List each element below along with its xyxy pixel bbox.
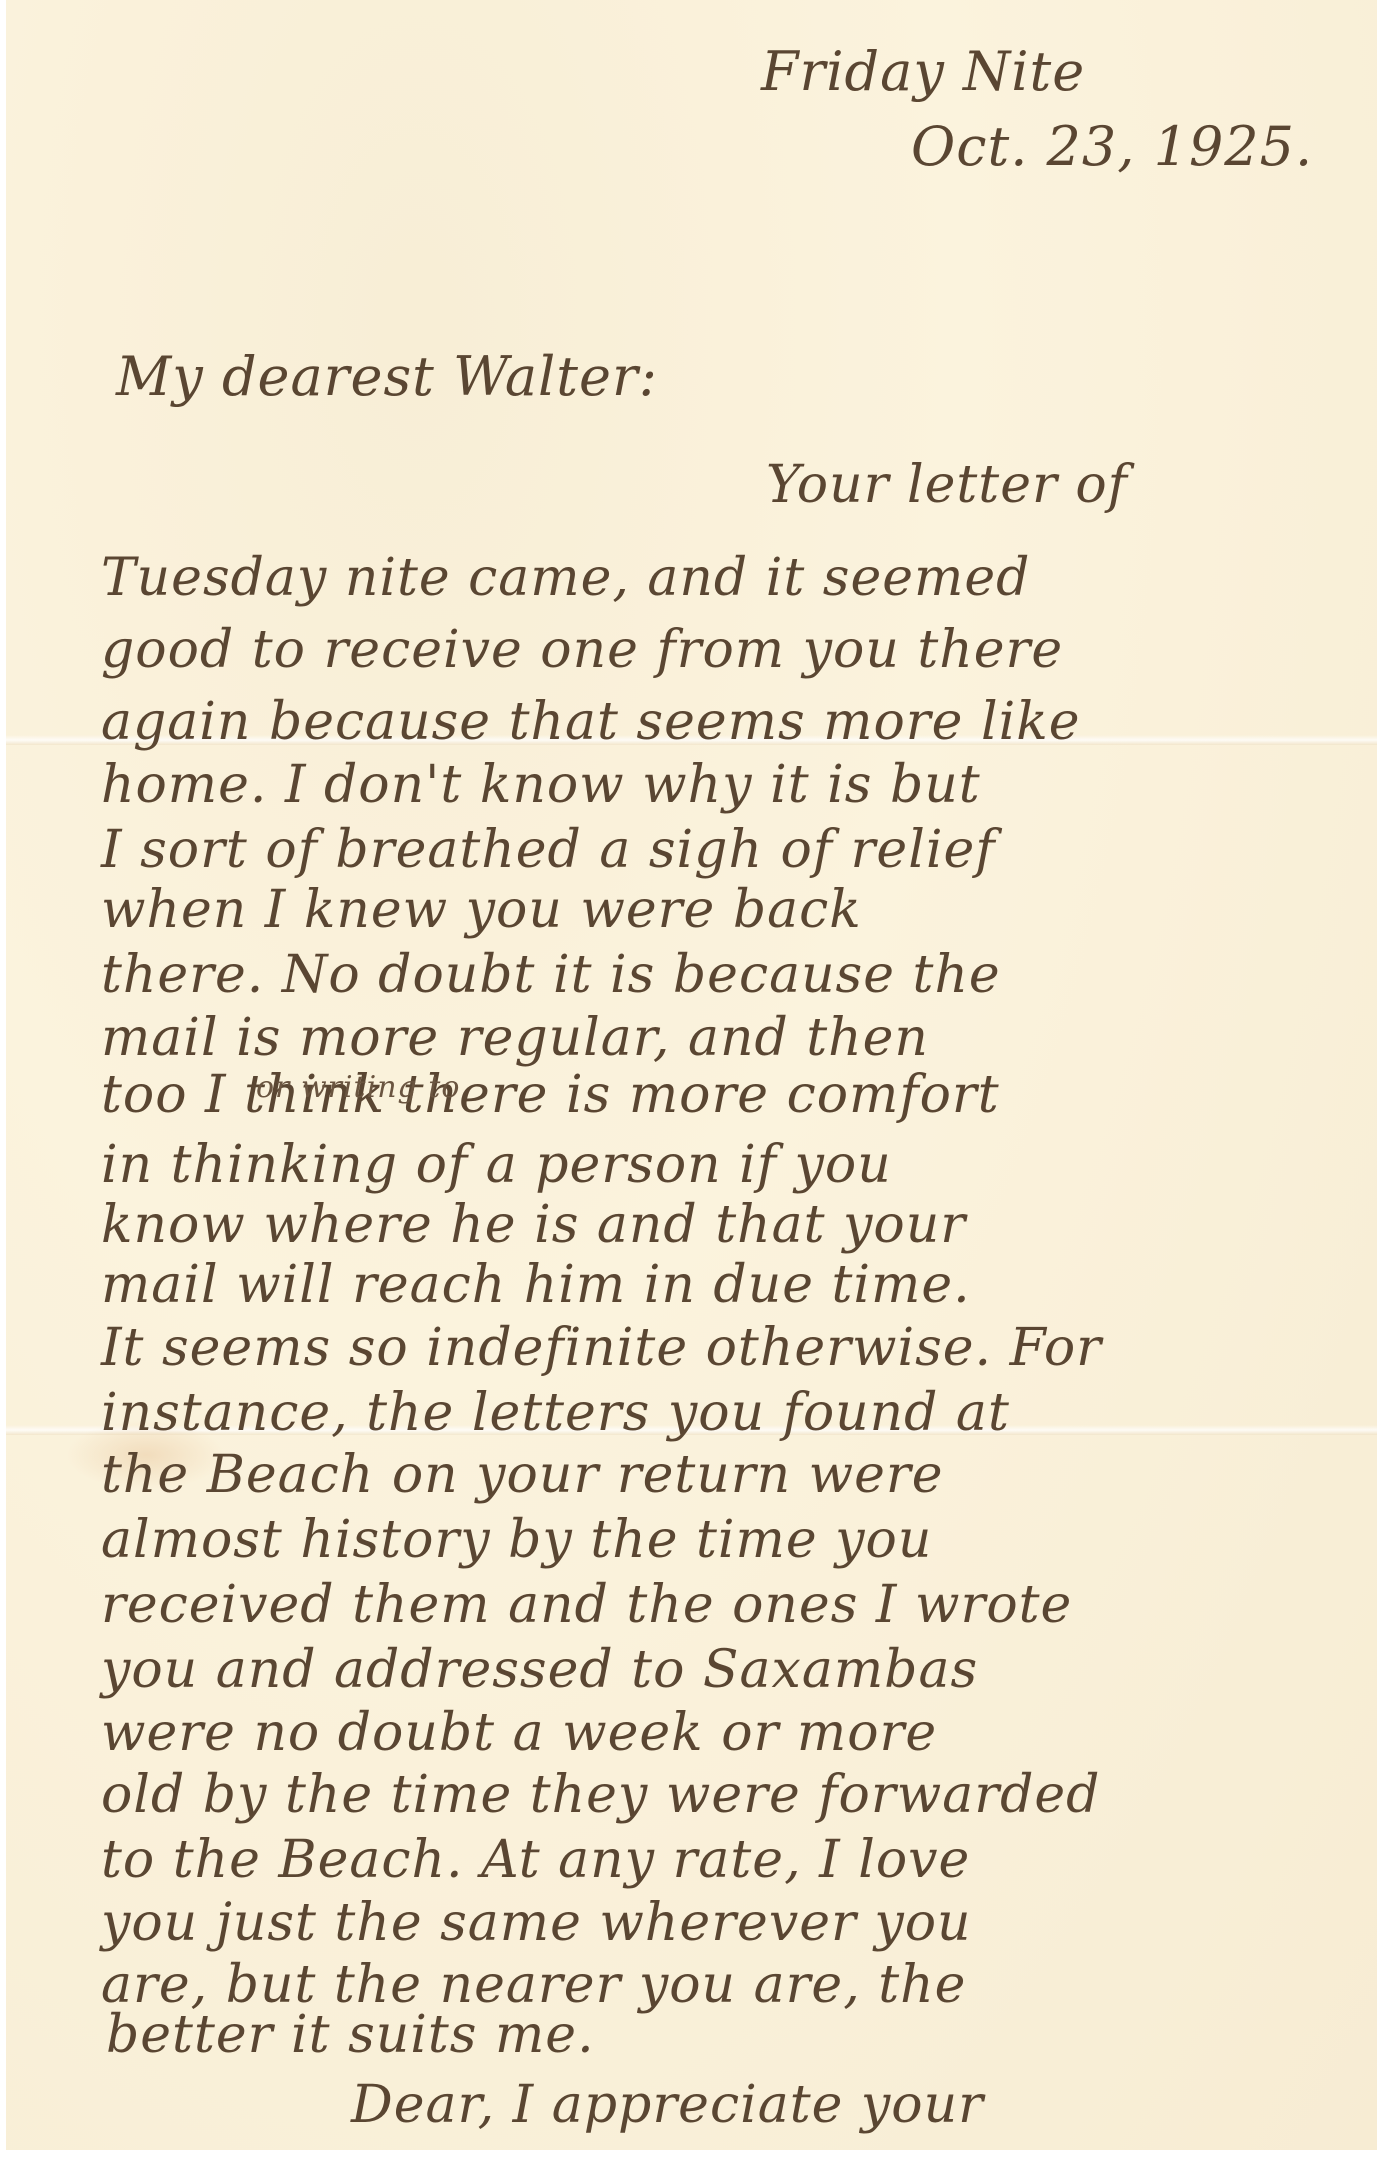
letter-line: mail is more regular, and then xyxy=(101,1008,929,1068)
letter-line: Tuesday nite came, and it seemed xyxy=(101,548,1030,608)
letter-line: better it suits me. xyxy=(106,2005,595,2065)
dateline-date: Oct. 23, 1925. xyxy=(911,115,1313,178)
handwritten-insertion: or writing to xyxy=(256,1070,460,1105)
letter-line: to the Beach. At any rate, I love xyxy=(101,1830,970,1890)
letter-line: old by the time they were forwarded xyxy=(101,1765,1100,1825)
letter-line: It seems so indefinite otherwise. For xyxy=(101,1318,1102,1378)
letter-line: the Beach on your return were xyxy=(101,1445,944,1505)
letter-line: know where he is and that your xyxy=(101,1195,966,1255)
letter-line: in thinking of a person if you xyxy=(101,1135,892,1195)
letter-line: you just the same wherever you xyxy=(101,1893,972,1953)
salutation: My dearest Walter: xyxy=(116,345,658,408)
letter-line: were no doubt a week or more xyxy=(101,1703,937,1763)
letter-page: Friday Nite Oct. 23, 1925. My dearest Wa… xyxy=(6,0,1377,2150)
opening-text: Your letter of xyxy=(766,455,1128,515)
letter-line: home. I don't know why it is but xyxy=(101,755,981,815)
letter-line: too I think there is more comfort xyxy=(101,1065,1000,1125)
letter-line: I sort of breathed a sigh of relief xyxy=(101,820,995,880)
letter-line: mail will reach him in due time. xyxy=(101,1255,971,1315)
letter-line: when I knew you were back xyxy=(101,880,862,940)
letter-line: you and addressed to Saxambas xyxy=(101,1640,978,1700)
letter-line: there. No doubt it is because the xyxy=(101,945,1001,1005)
dateline-day: Friday Nite xyxy=(761,40,1085,103)
closing-line: Dear, I appreciate your xyxy=(351,2075,984,2135)
letter-line: good to receive one from you there xyxy=(101,620,1063,680)
letter-line: instance, the letters you found at xyxy=(101,1383,1010,1443)
letter-line: almost history by the time you xyxy=(101,1510,932,1570)
letter-line: again because that seems more like xyxy=(101,692,1081,752)
letter-line: received them and the ones I wrote xyxy=(101,1575,1072,1635)
